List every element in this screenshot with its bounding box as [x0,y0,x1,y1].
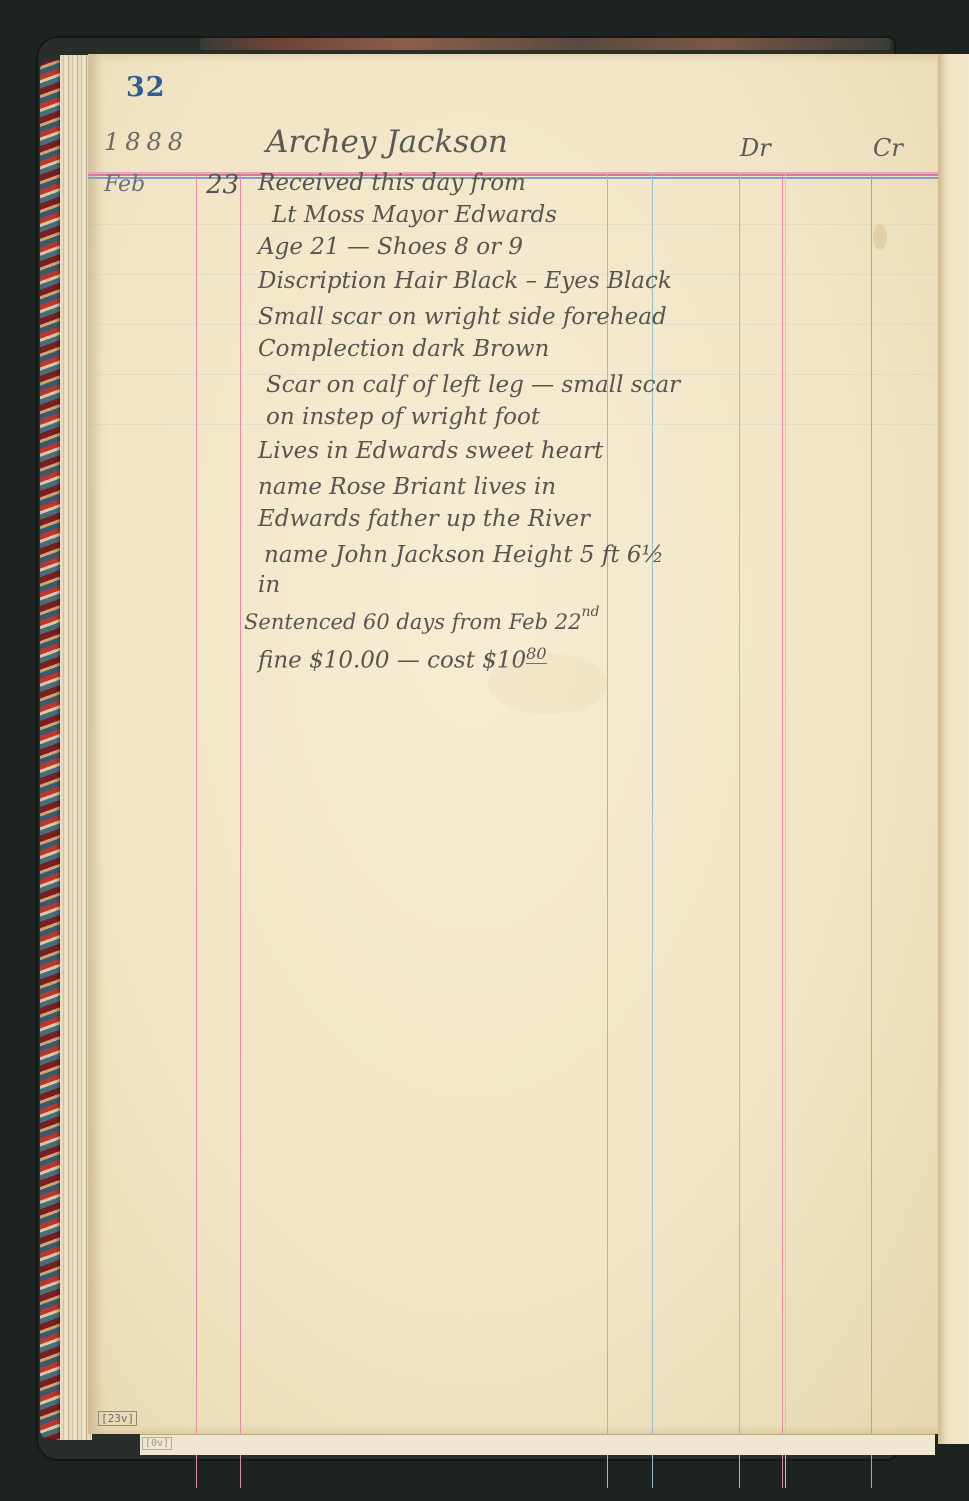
fine-text: fine $10.00 — cost $10 [258,648,526,674]
entry-line: Discription Hair Black – Eyes Black [258,268,672,294]
entry-line: on instep of wright foot [266,404,540,430]
paper-stain [873,224,887,250]
archive-folio-stamp: [23v] [98,1411,137,1426]
account-name: Archey Jackson [266,124,508,160]
entry-year: 1888 [104,128,189,156]
entry-line: Scar on calf of left leg — small scar [266,372,680,398]
underlying-leaf: [0v] [140,1434,935,1455]
entry-month: Feb [104,172,145,197]
entry-line: Lt Moss Mayor Edwards [272,202,557,228]
ledger-page: 32 1888 Archey Jackson Dr Cr Feb 23 Rece… [88,54,938,1434]
credit-label: Cr [873,134,903,162]
entry-line: Edwards father up the River [258,506,590,532]
date-column-rule [196,174,197,1488]
page-number: 32 [126,72,166,103]
debit-cents-rule [782,174,783,1488]
debit-column-rule [739,174,740,1488]
entry-line: Small scar on wright side forehead [258,304,667,330]
credit-column-rule [871,174,872,1488]
entry-line: Age 21 — Shoes 8 or 9 [258,234,523,260]
entry-line: in [258,572,280,598]
entry-line: Received this day from [258,170,526,196]
debit-label: Dr [740,134,771,162]
sentence-line: Sentenced 60 days from Feb 22nd [244,610,581,634]
sentence-text: Sentenced 60 days from Feb 22 [244,610,581,634]
sentence-superscript: nd [581,604,599,620]
entry-line: name John Jackson Height 5 ft 6½ [264,542,664,568]
paper-stain [488,654,608,714]
facing-page-edge [938,54,969,1444]
entry-day: 23 [206,170,239,200]
entry-line: Complection dark Brown [258,336,549,362]
cover-top-edge [200,38,890,50]
entry-line: name Rose Briant lives in [258,474,556,500]
entry-line: Lives in Edwards sweet heart [258,438,603,464]
underlying-leaf-stamp: [0v] [142,1437,172,1450]
day-column-rule [240,174,241,1488]
marbled-edge [40,60,62,1440]
